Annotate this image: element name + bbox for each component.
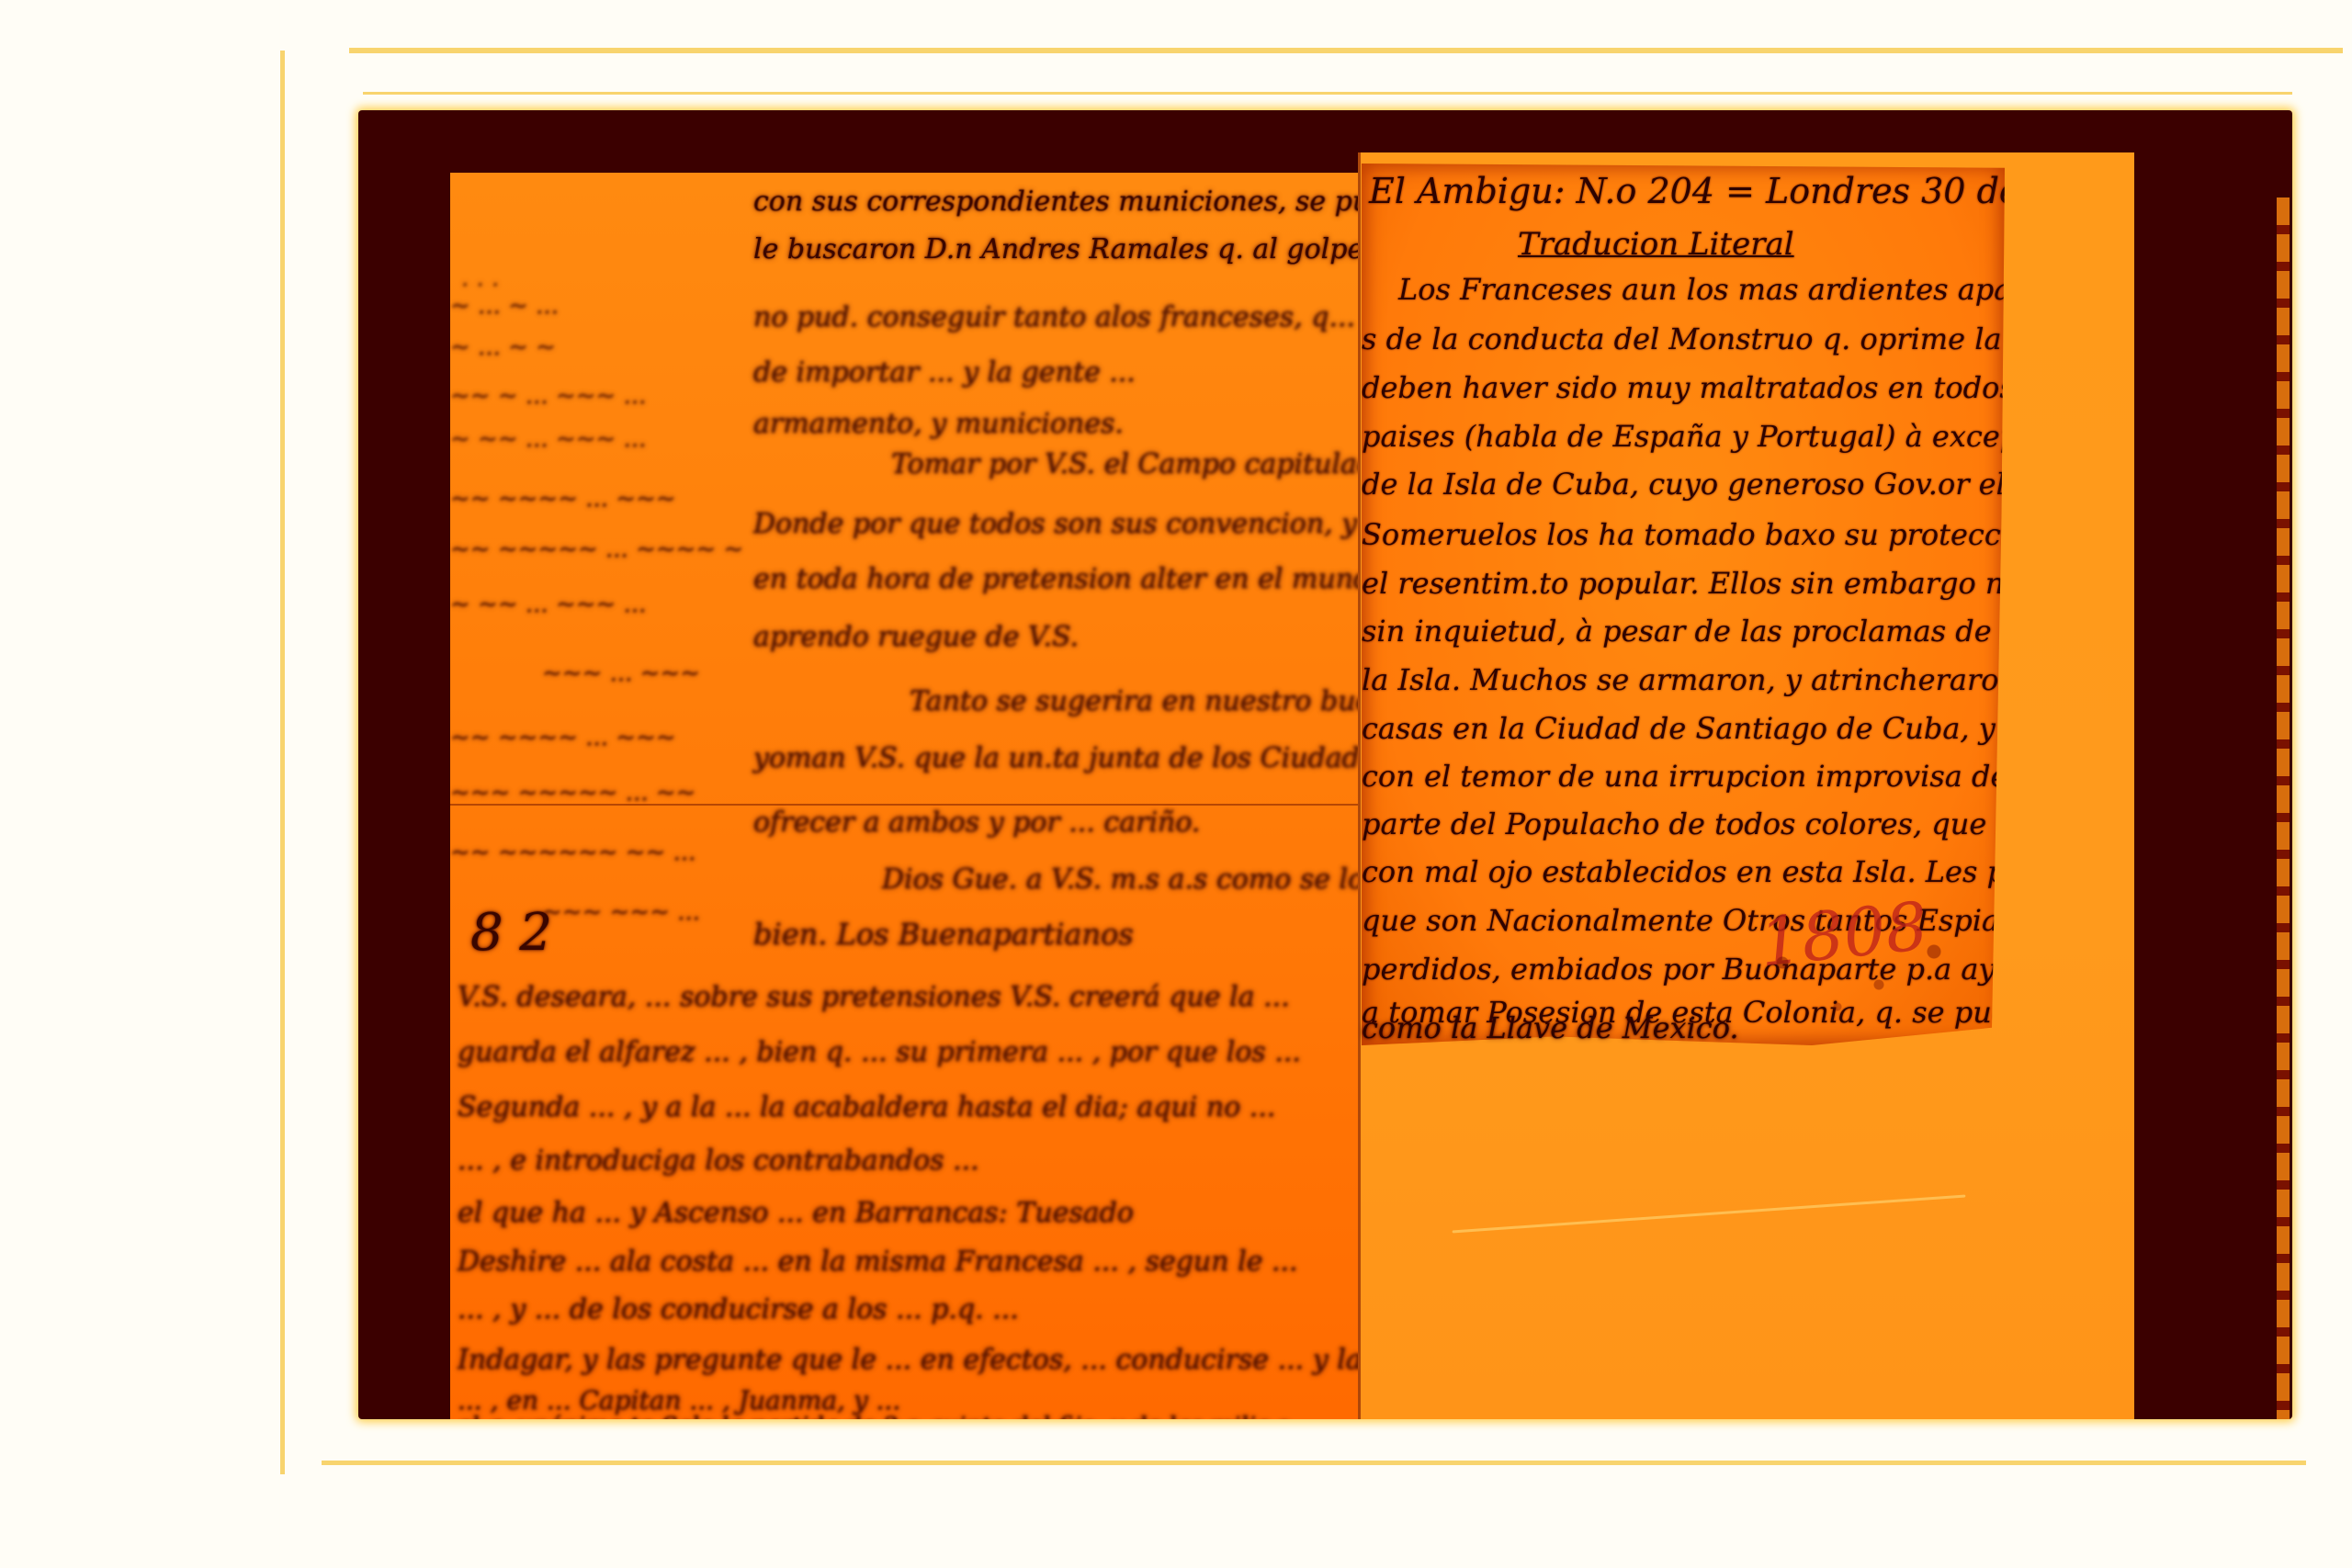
manuscript-line: Tomar por V.S. el Campo capitulacion bbox=[891, 448, 1360, 480]
manuscript-line: ... , y ... de los conducirse a los ... … bbox=[458, 1293, 1019, 1325]
foxing-stains bbox=[1727, 919, 2003, 1029]
manuscript-line: armamento, y municiones. bbox=[753, 408, 1124, 440]
page-divider bbox=[1358, 152, 1361, 1419]
bleed-through-line: ~ ~~ ... ~~~ ... bbox=[450, 591, 646, 618]
clipping-line: como la Llave de Mexico. bbox=[1362, 1010, 1739, 1045]
manuscript-line: de importar ... y la gente ... bbox=[753, 356, 1136, 389]
manuscript-line: ... , e introduciga los contrabandos ... bbox=[458, 1145, 979, 1177]
manuscript-line: el que ha ... y Ascenso ... en Barrancas… bbox=[458, 1197, 1134, 1229]
film-sprocket-edge bbox=[2277, 197, 2290, 1419]
film-border-top-outer bbox=[349, 48, 2343, 53]
manuscript-line: ... , en ... Capitan ... , Juanma, y ... bbox=[458, 1385, 900, 1416]
bleed-through-line: ~~ ~~~~ ... ~~~ bbox=[450, 485, 676, 513]
film-border-top-inner bbox=[363, 92, 2292, 95]
clipping-line: s de la conducta del Monstruo q. oprime … bbox=[1362, 321, 2088, 356]
manuscript-line: no pud. conseguir tanto alos franceses, … bbox=[753, 301, 1355, 333]
clipping-line: deben haver sido muy maltratados en todo… bbox=[1362, 370, 2101, 405]
bleed-through-line: ~~ ~~~~ ... ~~~ bbox=[450, 724, 676, 751]
manuscript-line: Indagar, y las pregunte que le ... en ef… bbox=[458, 1344, 1360, 1376]
manuscript-line: guarda el alfarez ... , bien q. ... su p… bbox=[458, 1036, 1301, 1068]
bleed-through-line: ~ ... ~ ~ bbox=[450, 333, 556, 361]
manuscript-line: Dios Gue. a V.S. m.s a.s como se lo... bbox=[882, 863, 1360, 896]
clipping-subtitle: Traducion Literal bbox=[1518, 226, 1794, 263]
manuscript-line: Donde por que todos son sus convencion, … bbox=[753, 508, 1360, 540]
manuscript-line: Segunda ... , y a la ... la acabaldera h… bbox=[458, 1091, 1275, 1123]
bleed-through-line: ~~~ ... ~~~ bbox=[542, 660, 700, 687]
margin-folio-note: 8 2 bbox=[470, 903, 552, 963]
left-manuscript-page: con sus correspondientes municiones, se … bbox=[450, 173, 1360, 1419]
manuscript-line: aprendo ruegue de V.S. bbox=[753, 621, 1079, 653]
bleed-through-line: ~~ ~~~~~ ... ~~~~ ~ bbox=[450, 536, 743, 563]
manuscript-line: en toda hora de pretension alter en el m… bbox=[753, 563, 1360, 595]
clipping-line: parte del Populacho de todos colores, qu… bbox=[1362, 807, 2099, 841]
manuscript-line: le buscaron D.n Andres Ramales q. al gol… bbox=[753, 233, 1360, 265]
manuscript-signature: bien. Los Buenapartianos bbox=[753, 917, 1134, 952]
manuscript-line: ofrecer a ambos y por ... cariño. bbox=[753, 807, 1200, 839]
bleed-through-line: ~~~ ~~~ ... bbox=[542, 898, 700, 926]
clipping-line: con mal ojo establecidos en esta Isla. L… bbox=[1362, 854, 2088, 889]
manuscript-line: con sus correspondientes municiones, se … bbox=[753, 186, 1360, 218]
bleed-through-line: ~~ ~~~~~~ ~~ ... bbox=[450, 839, 695, 866]
bleed-through-line: ~~ ~ ... ~~~ ... bbox=[450, 382, 646, 410]
clipping-line: paises (habla de España y Portugal) à ex… bbox=[1362, 419, 2081, 454]
manuscript-line: el g. unánime.te Sale la partida de 2.o … bbox=[458, 1413, 1319, 1419]
manuscript-line: V.S. deseara, ... sobre sus pretensiones… bbox=[458, 981, 1290, 1013]
bleed-through-line: ~ ... ~ ... bbox=[450, 292, 559, 320]
clipping-line: la Isla. Muchos se armaron, y atrinchera… bbox=[1362, 662, 2076, 697]
manuscript-line: Deshire ... ala costa ... en la misma Fr… bbox=[458, 1246, 1298, 1278]
film-border-bottom bbox=[322, 1461, 2306, 1465]
film-border-left bbox=[280, 51, 285, 1474]
manuscript-line: yoman V.S. que la un.ta junta de los Ciu… bbox=[753, 742, 1360, 774]
manuscript-line: Tanto se sugerira en nuestro buen ... bbox=[910, 685, 1360, 717]
bleed-through-line: ~~~ ~~~~~ ... ~~ bbox=[450, 779, 695, 807]
clipping-line: con el temor de una irrupcion improvisa … bbox=[1362, 759, 2007, 794]
bleed-through-line: ~ ~~ ... ~~~ ... bbox=[450, 425, 646, 453]
